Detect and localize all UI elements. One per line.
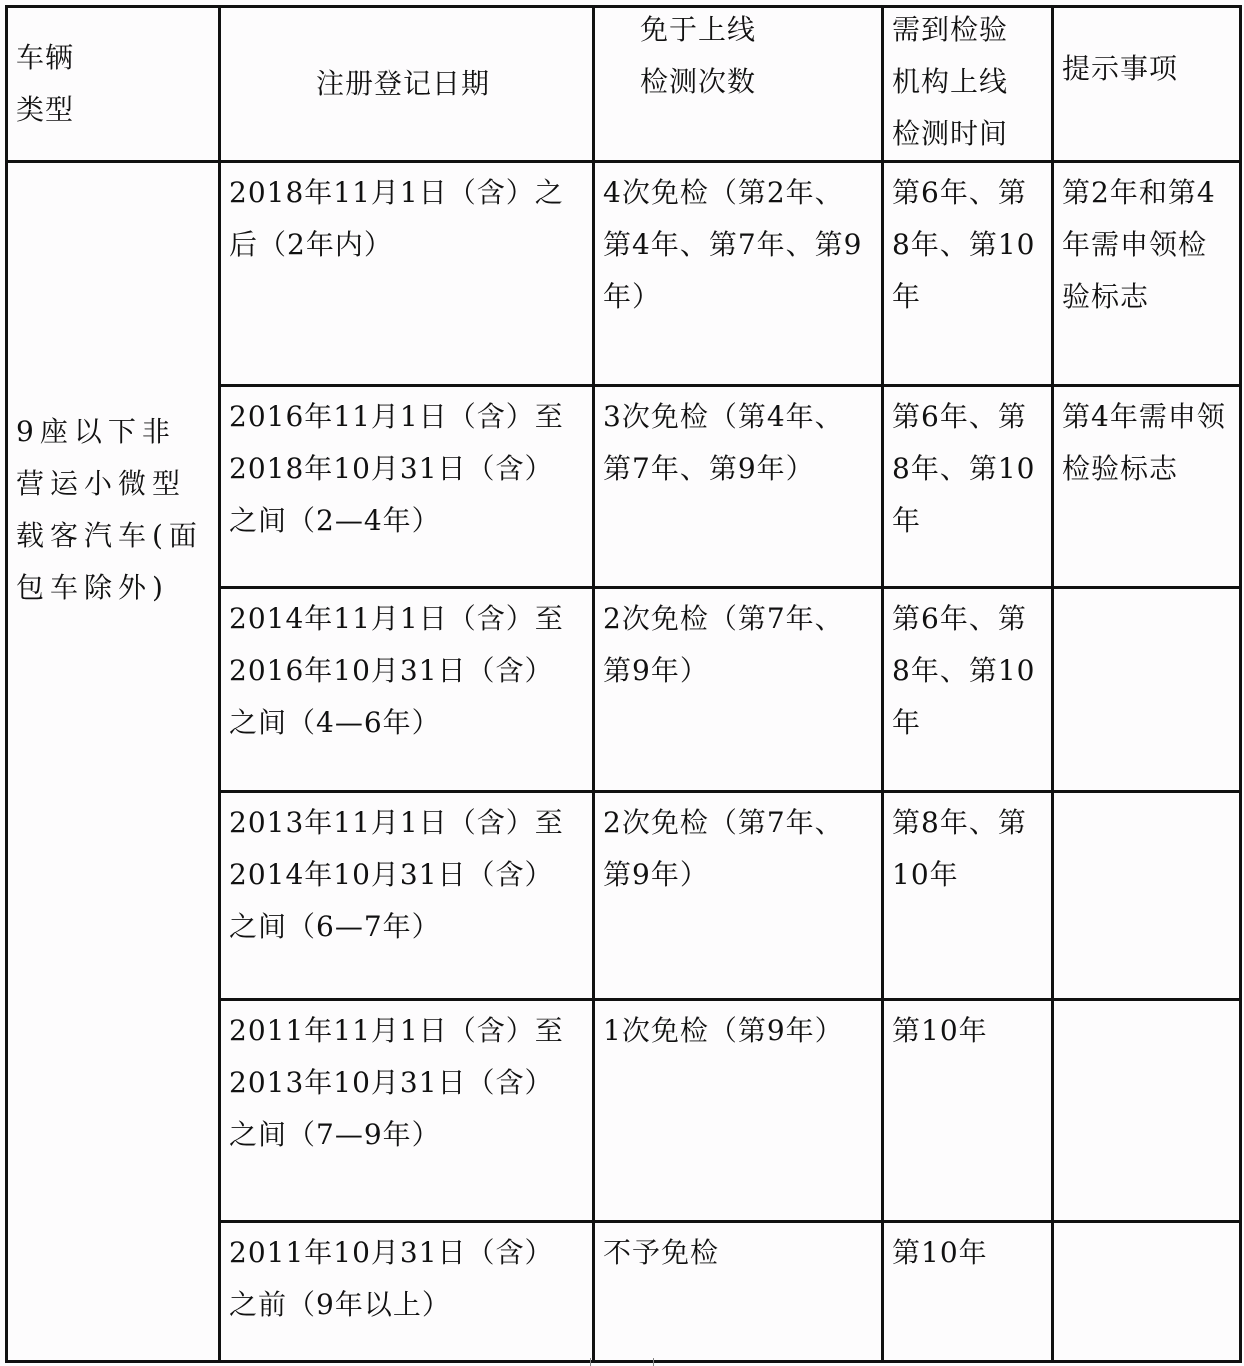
- inspect-value: 第6年、第8年、第10年: [884, 163, 1051, 323]
- inspect-cell: 第10年: [883, 1222, 1053, 1362]
- exempt-value: 3次免检（第4年、第7年、第9年）: [595, 387, 881, 495]
- exempt-value: 2次免检（第7年、第9年）: [595, 793, 881, 901]
- header-exempt-count: 免于上线 检测次数: [594, 7, 883, 162]
- exempt-cell: 3次免检（第4年、第7年、第9年）: [594, 386, 883, 588]
- header-notes: 提示事项: [1053, 7, 1241, 162]
- table-row: 9座以下非营运小微型载客汽车(面包车除外) 2018年11月1日（含）之后（2年…: [7, 162, 1241, 386]
- page-edge-marker: [590, 1358, 654, 1366]
- inspect-value: 第6年、第8年、第10年: [884, 387, 1051, 547]
- inspect-cell: 第8年、第10年: [883, 792, 1053, 1000]
- reg-date-cell: 2013年11月1日（含）至2014年10月31日（含）之间（6—7年）: [220, 792, 594, 1000]
- note-value: 第4年需申领检验标志: [1054, 387, 1239, 495]
- reg-date-value: 2011年10月31日（含）之前（9年以上）: [221, 1223, 592, 1331]
- vehicle-type-value: 9座以下非营运小微型载客汽车(面包车除外): [8, 402, 218, 614]
- reg-date-value: 2011年11月1日（含）至2013年10月31日（含）之间（7—9年）: [221, 1001, 592, 1161]
- note-cell: [1053, 1000, 1241, 1222]
- note-value: 第2年和第4年需申领检验标志: [1054, 163, 1239, 323]
- exempt-value: 1次免检（第9年）: [595, 1001, 881, 1057]
- reg-date-cell: 2011年11月1日（含）至2013年10月31日（含）之间（7—9年）: [220, 1000, 594, 1222]
- header-vehicle-type: 车辆 类型: [7, 7, 220, 162]
- inspect-cell: 第6年、第8年、第10年: [883, 386, 1053, 588]
- inspect-value: 第10年: [884, 1001, 1051, 1057]
- reg-date-value: 2018年11月1日（含）之后（2年内）: [221, 163, 592, 271]
- inspection-exemption-table: 车辆 类型 注册登记日期 免于上线 检测次数 需到检验 机构上线 检测时间 提示…: [5, 5, 1242, 1363]
- header-vehicle-type-label: 车辆 类型: [8, 32, 218, 136]
- note-value: [1054, 1223, 1239, 1227]
- exempt-cell: 不予免检: [594, 1222, 883, 1362]
- reg-date-value: 2016年11月1日（含）至2018年10月31日（含）之间（2—4年）: [221, 387, 592, 547]
- header-exempt-count-label: 免于上线 检测次数: [595, 4, 881, 108]
- vehicle-type-cell: 9座以下非营运小微型载客汽车(面包车除外): [7, 162, 220, 1362]
- note-cell: [1053, 588, 1241, 792]
- header-inspection-time-label: 需到检验 机构上线 检测时间: [884, 4, 1051, 160]
- note-value: [1054, 589, 1239, 593]
- reg-date-value: 2014年11月1日（含）至2016年10月31日（含）之间（4—6年）: [221, 589, 592, 749]
- inspect-cell: 第6年、第8年、第10年: [883, 162, 1053, 386]
- inspect-cell: 第6年、第8年、第10年: [883, 588, 1053, 792]
- reg-date-cell: 2016年11月1日（含）至2018年10月31日（含）之间（2—4年）: [220, 386, 594, 588]
- note-cell: [1053, 1222, 1241, 1362]
- reg-date-cell: 2018年11月1日（含）之后（2年内）: [220, 162, 594, 386]
- note-cell: [1053, 792, 1241, 1000]
- reg-date-cell: 2014年11月1日（含）至2016年10月31日（含）之间（4—6年）: [220, 588, 594, 792]
- exempt-cell: 2次免检（第7年、第9年）: [594, 792, 883, 1000]
- inspect-value: 第8年、第10年: [884, 793, 1051, 901]
- exempt-value: 4次免检（第2年、第4年、第7年、第9年）: [595, 163, 881, 323]
- inspect-value: 第6年、第8年、第10年: [884, 589, 1051, 749]
- table-header-row: 车辆 类型 注册登记日期 免于上线 检测次数 需到检验 机构上线 检测时间 提示…: [7, 7, 1241, 162]
- exempt-value: 不予免检: [595, 1223, 881, 1279]
- inspect-value: 第10年: [884, 1223, 1051, 1279]
- exempt-cell: 1次免检（第9年）: [594, 1000, 883, 1222]
- header-reg-date-label: 注册登记日期: [221, 58, 592, 110]
- inspect-cell: 第10年: [883, 1000, 1053, 1222]
- exempt-cell: 4次免检（第2年、第4年、第7年、第9年）: [594, 162, 883, 386]
- note-value: [1054, 1001, 1239, 1005]
- reg-date-cell: 2011年10月31日（含）之前（9年以上）: [220, 1222, 594, 1362]
- exempt-value: 2次免检（第7年、第9年）: [595, 589, 881, 697]
- header-inspection-time: 需到检验 机构上线 检测时间: [883, 7, 1053, 162]
- header-reg-date: 注册登记日期: [220, 7, 594, 162]
- exempt-cell: 2次免检（第7年、第9年）: [594, 588, 883, 792]
- note-cell: 第2年和第4年需申领检验标志: [1053, 162, 1241, 386]
- header-notes-label: 提示事项: [1054, 43, 1239, 95]
- note-cell: 第4年需申领检验标志: [1053, 386, 1241, 588]
- note-value: [1054, 793, 1239, 797]
- reg-date-value: 2013年11月1日（含）至2014年10月31日（含）之间（6—7年）: [221, 793, 592, 953]
